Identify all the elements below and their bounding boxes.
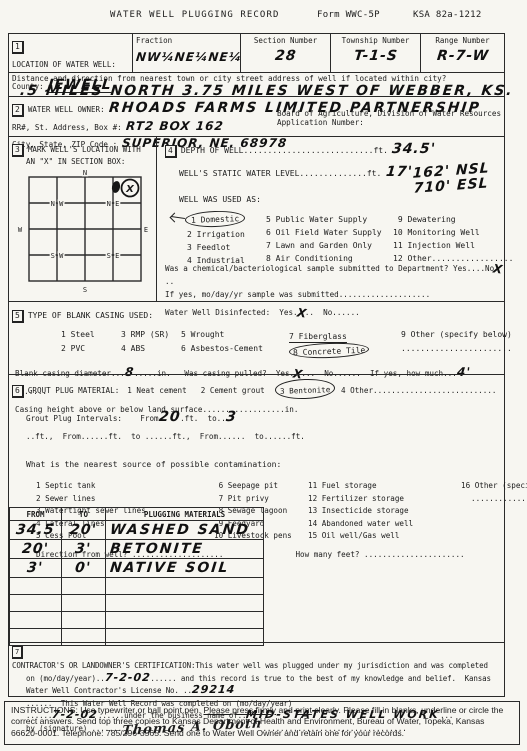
section-number-badge-6: 6 [12,385,24,398]
contamination-item: 1 Septic tank [36,481,95,490]
table-cell: 20' [69,523,97,537]
table-header-materials: PLUGGING MATERIALS [106,508,264,521]
static-level-label: WELL'S STATIC WATER LEVEL..............f… [179,169,381,178]
instructions-text: and [276,705,295,715]
section-number-badge-2: 2 [12,104,24,117]
contamination-label: What is the nearest source of possible c… [26,460,281,469]
pen-arrow-mark [171,214,185,222]
used-as-item: 8 Air Conditioning [266,254,353,263]
section-casing: 5TYPE OF BLANK CASING USED: 1 Steel 3 RM… [9,301,504,374]
section-box-panel: 3MARK WELL'S LOCATION WITH AN "X" IN SEC… [9,137,157,301]
section-location: 1LOCATION OF WATER WELL: County: JEWELL … [9,34,504,96]
used-as-item: 3 Feedlot [187,243,230,252]
address-label: RR#, St. Address, Box #: [12,123,122,132]
section-number-badge-5: 5 [12,310,24,323]
casing-option: 1 Steel [61,329,121,343]
compass-ne-label: N E [106,200,119,208]
range-value: R-7-W [436,49,489,63]
used-as-item: 5 Public Water Supply [266,215,367,224]
instructions-underline2: print [295,705,312,715]
table-cell [106,595,264,612]
contamination-item: 6 Seepage pit [214,481,278,490]
table-cell [62,612,106,629]
casing-option: 9 Other (specify below) [401,329,512,343]
casing-other-dots: ........................................… [401,343,512,358]
section-number-badge-1: 1 [12,41,24,54]
table-cell: BETONITE [109,542,204,556]
table-cell: 34.5 [15,523,55,537]
form-header: WATER WELL PLUGGING RECORD Form WWC-5P K… [0,10,527,24]
compass-n-label: N [82,169,86,177]
compass-e-label: E [143,226,147,234]
used-as-col2: 5 Public Water Supply 6 Oil Field Water … [266,212,382,264]
contamination-item: 7 Pit privy [214,494,269,503]
section-number-badge-3: 3 [12,144,24,157]
table-cell: 3' [27,561,45,575]
location-title: LOCATION OF WATER WELL: [12,60,116,69]
table-cell [10,612,62,629]
range-label: Range Number [424,36,501,45]
table-cell [62,595,106,612]
casing-option: 3 RMP (SR) [121,329,181,343]
sample-question-dots: .. [165,277,174,286]
static-level-value: 17' [385,165,413,179]
used-as-item: 10 Monitoring Well [393,228,480,237]
township-value: T-1-S [353,49,398,63]
owner-label: WATER WELL OWNER: [28,105,105,114]
contamination-item: 11 Fuel storage [308,481,377,490]
grout-material-bentonite: 3 Bentonite [280,385,331,396]
compass-sw-label: S W [50,252,63,260]
form-title: WATER WELL PLUGGING RECORD [110,10,279,20]
used-as-item: 7 Lawn and Garden Only [266,241,372,250]
table-cell [106,578,264,595]
grout-material-4: 4 Other........................... [341,386,496,395]
section-owner: 2WATER WELL OWNER: RHOADS FARMS LIMITED … [9,96,504,136]
range-column: Range Number R-7-W [421,34,504,72]
depth-label: DEPTH OF WELL...........................… [181,146,388,155]
interval-from-value: 20 [158,410,181,424]
contamination-other-dots: ....................... [471,494,527,503]
contamination-item: 12 Fertilizer storage [308,494,404,503]
used-as-label: WELL WAS USED AS: [179,195,261,204]
fraction-value: NW¼NE¼NE¼ [135,51,242,63]
certification-line1: CONTRACTOR'S OR LANDOWNER'S CERTIFICATIO… [12,661,488,670]
township-column: Township Number T-1-S [331,34,421,72]
used-as-item: 4 Industrial [187,256,245,265]
grout-material-2: 2 Cement grout [201,386,265,395]
form-body: 1LOCATION OF WATER WELL: County: JEWELL … [8,33,505,697]
section-grid-diagram: N W E S N W N E S W S E X [13,167,153,295]
contamination-other-label: 16 Other (specify below) [461,481,527,490]
section-number-column: Section Number 28 [241,34,331,72]
form-number: Form WWC-5P [317,10,380,20]
fraction-label: Fraction [136,36,237,45]
section-number-value: 28 [274,49,297,63]
scanned-form-page: WATER WELL PLUGGING RECORD Form WWC-5P K… [0,0,527,751]
handwritten-note: 162' NSL 710' ESL [412,160,491,195]
grout-intervals-mid: .ft. to.. [180,414,226,423]
fraction-column: Fraction NW¼NE¼NE¼ [133,34,241,72]
table-header-from: FROM [10,508,62,521]
instructions-text: INSTRUCTIONS: Use typewriter or ball poi… [11,705,203,715]
table-header-to: TO [62,508,106,521]
license-number-value: 29214 [191,684,235,695]
agency-line2: Application Number: [277,118,501,127]
certification-line2-post: ...... and this record is true to the be… [150,674,491,683]
used-as-col3: 9 Dewatering 10 Monitoring Well 11 Injec… [393,212,513,264]
used-as-item: 2 Irrigation [187,230,245,239]
section-number-badge-4: 4 [165,145,177,158]
section-certification: 7CONTRACTOR'S OR LANDOWNER'S CERTIFICATI… [9,642,504,698]
table-row [10,595,264,612]
contamination-item: 2 Sewer lines [36,494,95,503]
table-cell: NATIVE SOIL [109,561,230,575]
grout-intervals-dots: ..ft., From......ft. to ......ft., From.… [26,432,305,441]
table-cell: 20' [21,542,49,556]
table-cell [10,578,62,595]
used-as-col1: 1 Domestic 2 Irrigation 3 Feedlot 4 Indu… [171,211,245,266]
casing-option: 5 Wrought [181,329,289,343]
grout-material-1: 1 Neat cement [127,386,186,395]
used-as-item: 11 Injection Well [393,241,475,250]
location-column: 1LOCATION OF WATER WELL: County: JEWELL [9,34,133,72]
sample-date-label: If yes, mo/day/yr sample was submitted..… [165,290,430,299]
instructions-box: INSTRUCTIONS: Use typewriter or ball poi… [4,701,520,745]
plugging-table-area: FROM TO PLUGGING MATERIALS 34.5 20' WASH… [9,504,504,642]
sample-no-x-mark: X [493,268,502,269]
casing-option-fiberglass: 7 Fiberglass [289,332,347,341]
certification-date-label: on (mo/day/year).. [26,674,105,683]
table-row: 20' 3' BETONITE [10,540,264,559]
compass-w-label: W [17,226,22,234]
mark-title-line2: AN "X" IN SECTION BOX: [26,157,153,166]
compass-se-label: S E [106,252,119,260]
section-grout: 6GROUT PLUG MATERIAL:1 Neat cement2 Ceme… [9,374,504,504]
used-as-item: 6 Oil Field Water Supply [266,228,382,237]
table-row [10,612,264,629]
instructions-underline1: Please press firmly [203,705,276,715]
casing-option: 6 Asbestos-Cement [181,343,289,358]
table-row: 34.5 20' WASHED SAND [10,521,264,540]
casing-option-concrete-tile: 8 Concrete Tile [293,346,366,358]
used-as-item: 1 Domestic [191,214,239,225]
grout-title: GROUT PLUG MATERIAL: [28,386,119,395]
grout-intervals-label: Grout Plug Intervals: From [26,414,159,423]
depth-panel: 4DEPTH OF WELL..........................… [157,137,504,301]
well-location-x-mark: X [125,184,135,195]
address-value: RT2 BOX 162 [126,120,225,132]
table-cell: 3' [75,542,93,556]
plugging-materials-table: FROM TO PLUGGING MATERIALS 34.5 20' WASH… [9,507,264,646]
table-cell [10,595,62,612]
license-label: Water Well Contractor's License No. .. [26,686,192,695]
casing-option: 2 PVC [61,343,121,358]
table-cell [106,612,264,629]
table-cell: WASHED SAND [109,523,250,537]
mark-title-line1: MARK WELL'S LOCATION WITH [28,145,141,154]
interval-to-value: 3 [225,410,237,424]
date-plugged-value: 7-2-02 [104,672,151,683]
compass-nw-label: N W [50,200,63,208]
agency-block: Board of Agriculture, Division of Water … [277,109,501,127]
agency-line1: Board of Agriculture, Division of Water … [277,109,501,118]
form-statute: KSA 82a-1212 [413,10,482,20]
section-location-depth: 3MARK WELL'S LOCATION WITH AN "X" IN SEC… [9,136,504,301]
casing-option: 4 ABS [121,343,181,358]
compass-s-label: S [82,286,86,294]
table-row: 3' 0' NATIVE SOIL [10,559,264,578]
section-number-badge-7: 7 [12,646,23,659]
used-as-item: 9 Dewatering [393,215,456,224]
section-number-label: Section Number [244,36,327,45]
table-row [10,578,264,595]
table-cell: 0' [75,561,93,575]
township-label: Township Number [334,36,417,45]
table-cell [62,578,106,595]
casing-title: TYPE OF BLANK CASING USED: [28,311,153,320]
depth-value: 34.5' [392,142,437,156]
